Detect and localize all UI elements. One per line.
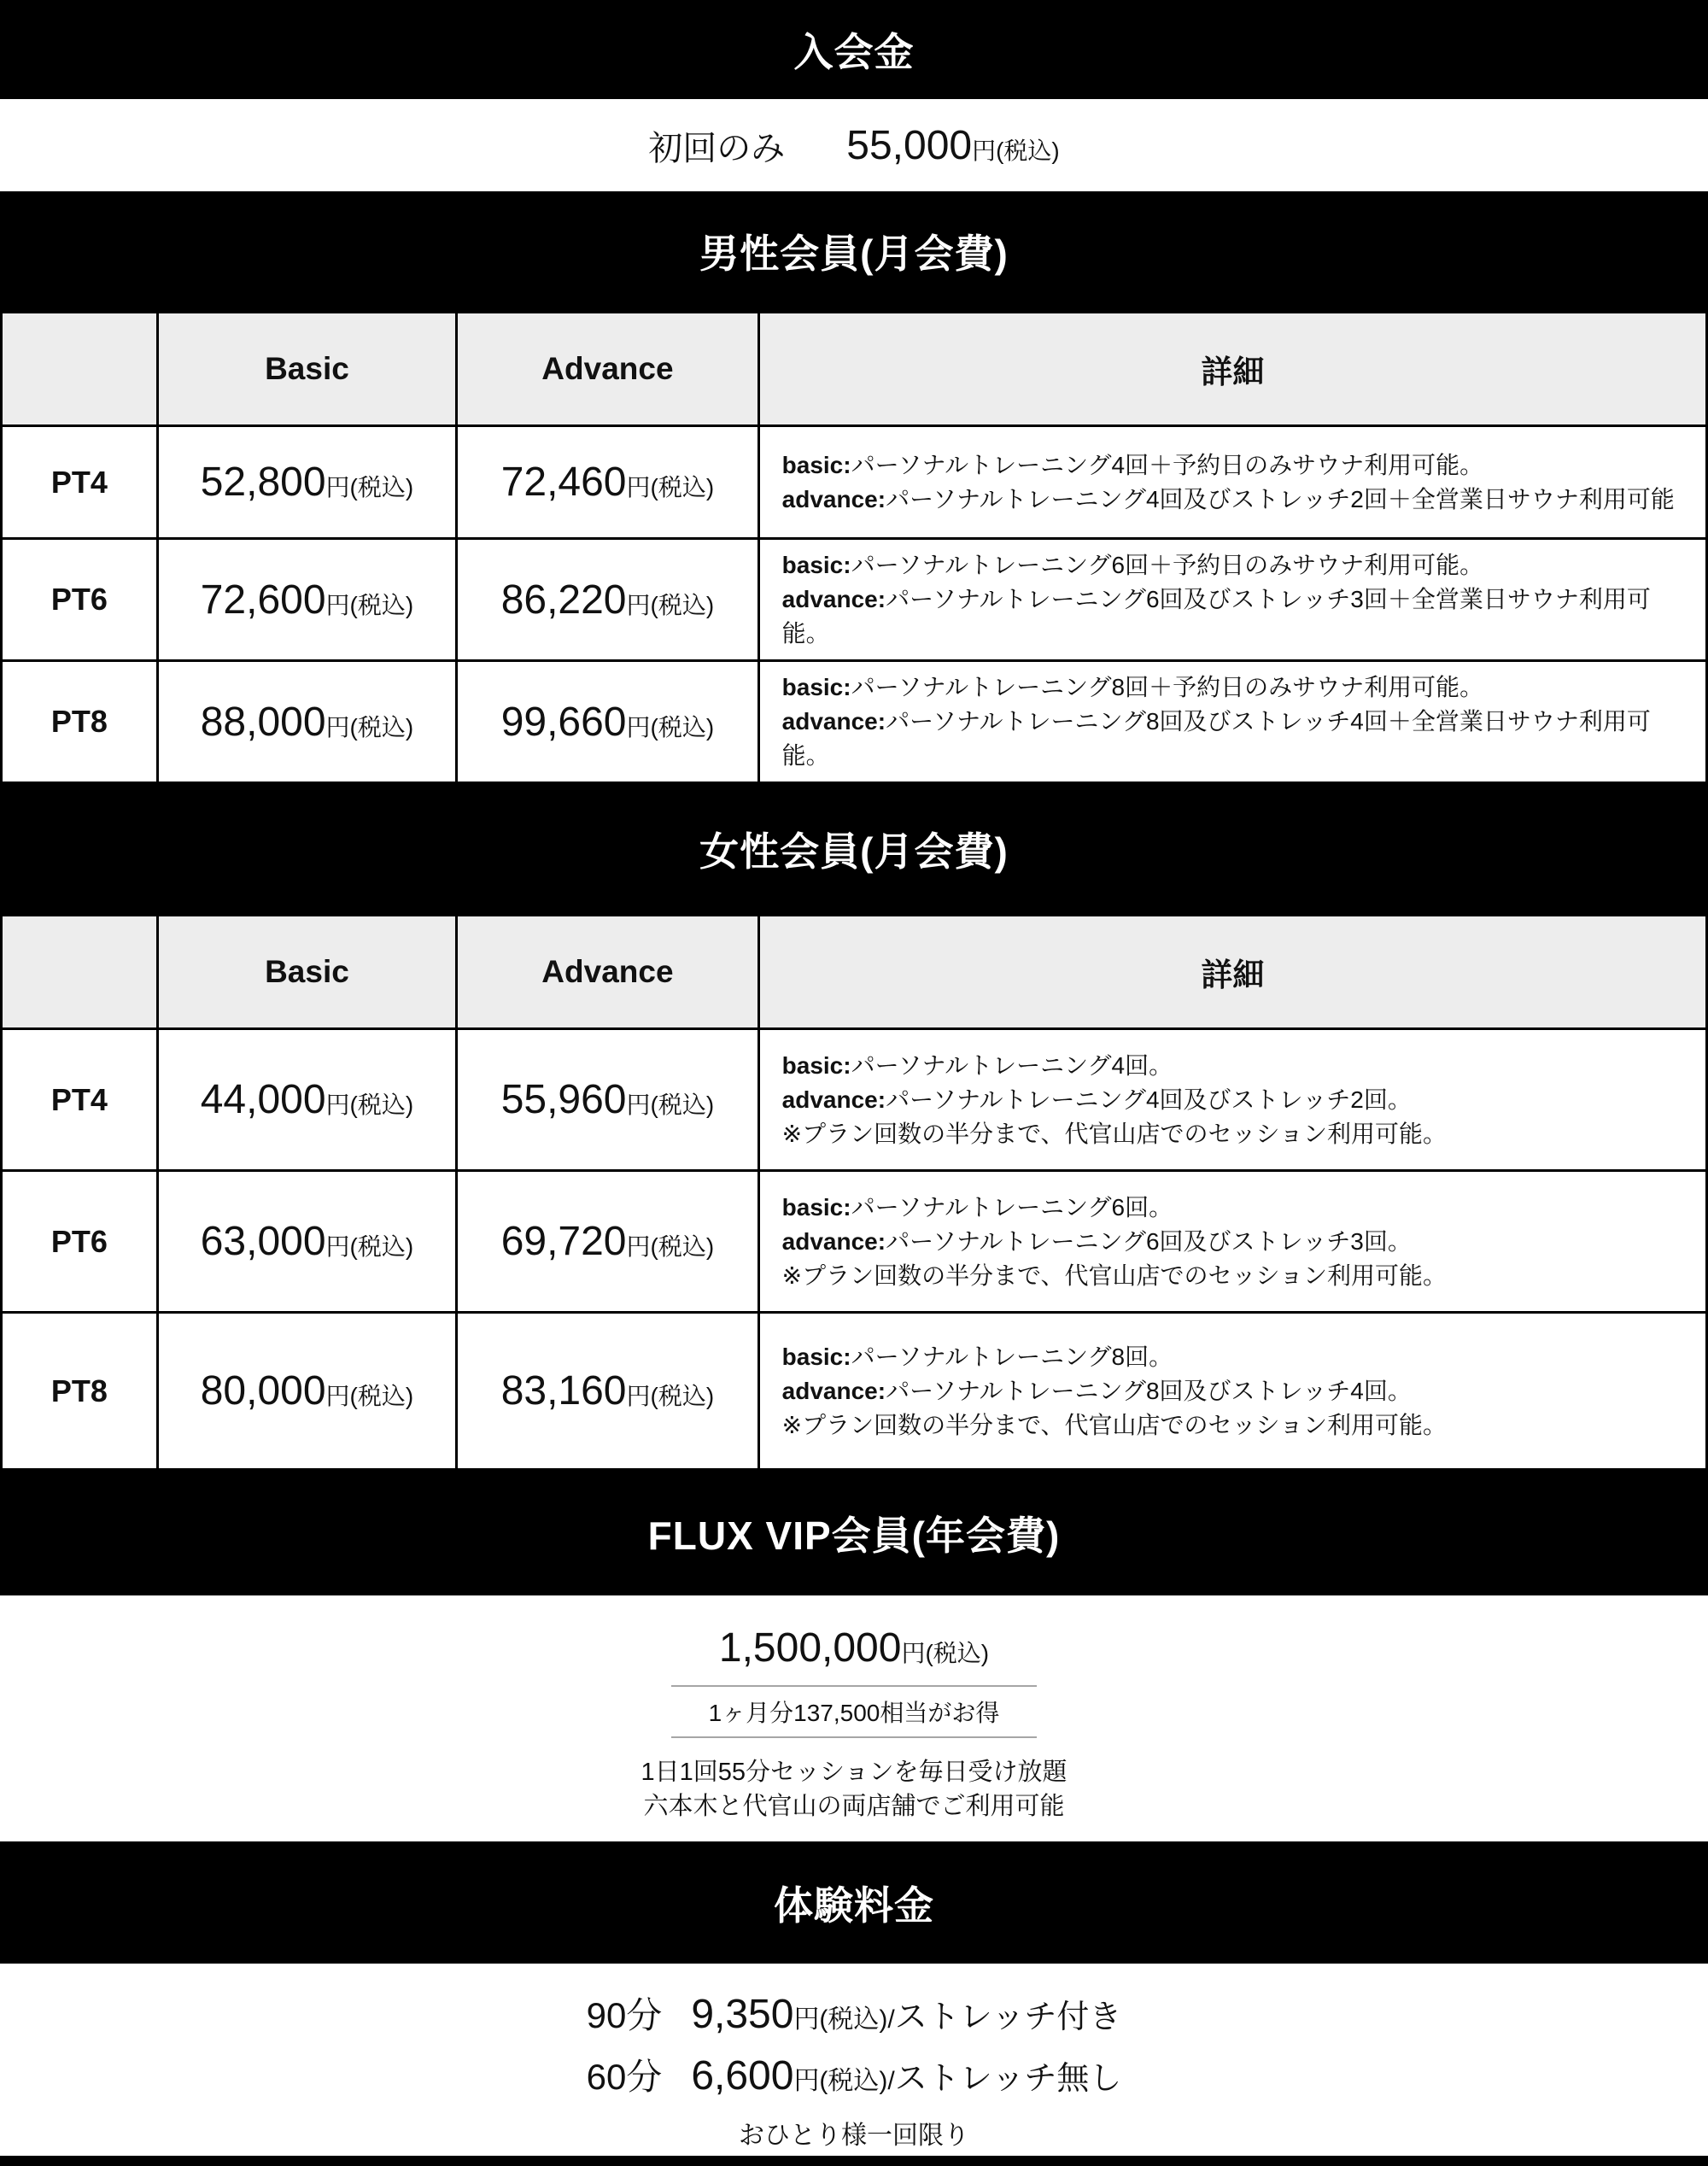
detail-line: advance:パーソナルトレーニング6回及びストレッチ3回。 [782,1225,1690,1259]
trial-duration: 90分 [587,1987,663,2039]
price-tax-suffix: 円(税込) [326,1092,414,1118]
detail-line: ※プラン回数の半分まで、代官山店でのセッション利用可能。 [782,1117,1690,1151]
detail-line: advance:パーソナルトレーニング6回及びストレッチ3回＋全営業日サウナ利用… [782,582,1690,651]
price-number: 72,600 [201,577,326,623]
female-pt4-advance-price: 55,960円(税込) [457,1029,758,1171]
detail-line: advance:パーソナルトレーニング4回及びストレッチ2回。 [782,1083,1690,1117]
female-pt4-basic-price: 44,000円(税込) [157,1029,456,1171]
female-table-header-row: Basic Advance 詳細 [2,916,1707,1029]
table-row: PT6 72,600円(税込) 86,220円(税込) basic:パーソナルト… [2,539,1707,661]
male-pt4-plan-label: PT4 [2,426,158,539]
male-header-detail: 詳細 [758,313,1706,426]
price-tax-suffix: 円(税込) [627,1092,715,1118]
male-pt6-details: basic:パーソナルトレーニング6回＋予約日のみサウナ利用可能。 advanc… [758,539,1706,661]
price-number: 44,000 [201,1077,326,1122]
table-row: PT8 80,000円(税込) 83,160円(税込) basic:パーソナルト… [2,1313,1707,1470]
admission-price: 55,000円(税込) [846,122,1059,169]
male-table-header-row: Basic Advance 詳細 [2,313,1707,426]
female-pt8-plan-label: PT8 [2,1313,158,1470]
admission-section-header: 入会金 [0,0,1708,99]
price-number: 69,720 [501,1219,627,1264]
price-tax-suffix: 円(税込) [326,1383,414,1409]
male-pt8-plan-label: PT8 [2,661,158,783]
male-header-advance: Advance [457,313,758,426]
price-tax-suffix: 円(税込) [326,592,414,618]
male-pt4-details: basic:パーソナルトレーニング4回＋予約日のみサウナ利用可能。 advanc… [758,426,1706,539]
detail-line: ※プラン回数の半分まで、代官山店でのセッション利用可能。 [782,1408,1690,1443]
female-pt8-basic-price: 80,000円(税込) [157,1313,456,1470]
detail-line: basic:パーソナルトレーニング6回＋予約日のみサウナ利用可能。 [782,548,1690,582]
price-tax-suffix: 円(税込) [326,714,414,741]
table-row: PT4 52,800円(税込) 72,460円(税込) basic:パーソナルト… [2,426,1707,539]
female-section-title: 女性会員(月会費) [699,821,1009,877]
female-header-advance: Advance [457,916,758,1029]
trial-note: おひとり様一回限り [0,2114,1708,2151]
price-tax-suffix: 円(税込) [627,592,715,618]
trial-price-label: ストレッチ無し [895,2052,1122,2099]
table-row: PT8 88,000円(税込) 99,660円(税込) basic:パーソナルト… [2,661,1707,783]
table-row: PT4 44,000円(税込) 55,960円(税込) basic:パーソナルト… [2,1029,1707,1171]
female-pt8-details: basic:パーソナルトレーニング8回。 advance:パーソナルトレーニング… [758,1313,1706,1470]
female-header-basic: Basic [157,916,456,1029]
price-number: 83,160 [501,1368,627,1414]
vip-benefit-line: 1日1回55分セッションを毎日受け放題 [0,1755,1708,1789]
trial-row-90min: 90分 9,350円(税込)/ストレッチ付き [0,1987,1708,2039]
trial-price-number: 9,350 [691,1991,793,2038]
vip-price: 1,500,000円(税込) [0,1624,1708,1671]
detail-line: basic:パーソナルトレーニング4回＋予約日のみサウナ利用可能。 [782,448,1690,483]
female-pt4-plan-label: PT4 [2,1029,158,1171]
male-pt4-advance-price: 72,460円(税込) [457,426,758,539]
price-tax-suffix: 円(税込) [326,474,414,501]
price-tax-suffix: 円(税込) [627,474,715,501]
male-pt6-basic-price: 72,600円(税込) [157,539,456,661]
price-number: 72,460 [501,460,627,505]
female-pt4-details: basic:パーソナルトレーニング4回。 advance:パーソナルトレーニング… [758,1029,1706,1171]
pricing-page: 入会金 初回のみ 55,000円(税込) 男性会員(月会費) Basic Adv… [0,0,1708,2166]
female-section-header: 女性会員(月会費) [0,784,1708,914]
price-number: 63,000 [201,1219,326,1264]
trial-price-number: 6,600 [691,2052,793,2099]
trial-price-tax-suffix: 円(税込)/ [793,1998,894,2035]
vip-section-title: FLUX VIP会員(年会費) [648,1505,1061,1561]
trial-price: 9,350円(税込)/ストレッチ付き [691,1990,1121,2038]
trial-price-tax-suffix: 円(税込)/ [793,2059,894,2097]
admission-fee-row: 初回のみ 55,000円(税込) [0,99,1708,191]
price-tax-suffix: 円(税込) [627,714,715,741]
male-pt4-basic-price: 52,800円(税込) [157,426,456,539]
price-number: 86,220 [501,577,627,623]
trial-price-label: ストレッチ付き [895,1990,1122,2037]
price-number: 99,660 [501,700,627,745]
female-pt6-plan-label: PT6 [2,1171,158,1313]
detail-line: ※プラン回数の半分まで、代官山店でのセッション利用可能。 [782,1259,1690,1293]
detail-line: advance:パーソナルトレーニング4回及びストレッチ2回＋全営業日サウナ利用… [782,483,1690,517]
male-pricing-table: Basic Advance 詳細 PT4 52,800円(税込) 72,460円… [0,311,1708,784]
price-number: 55,960 [501,1077,627,1122]
price-number: 80,000 [201,1368,326,1414]
male-header-empty-cell [2,313,158,426]
female-header-detail: 詳細 [758,916,1706,1029]
vip-discount-highlight: 1ヶ月分137,500相当がお得 [671,1685,1038,1738]
price-number: 52,800 [201,460,326,505]
male-header-basic: Basic [157,313,456,426]
trial-content: 90分 9,350円(税込)/ストレッチ付き 60分 6,600円(税込)/スト… [0,1964,1708,2156]
male-pt8-basic-price: 88,000円(税込) [157,661,456,783]
female-pt6-details: basic:パーソナルトレーニング6回。 advance:パーソナルトレーニング… [758,1171,1706,1313]
male-pt8-details: basic:パーソナルトレーニング8回＋予約日のみサウナ利用可能。 advanc… [758,661,1706,783]
male-section-header: 男性会員(月会費) [0,191,1708,311]
female-pricing-table: Basic Advance 詳細 PT4 44,000円(税込) 55,960円… [0,914,1708,1471]
table-row: PT6 63,000円(税込) 69,720円(税込) basic:パーソナルト… [2,1171,1707,1313]
detail-line: basic:パーソナルトレーニング8回＋予約日のみサウナ利用可能。 [782,670,1690,705]
vip-price-tax-suffix: 円(税込) [901,1640,989,1666]
trial-section-header: 体験料金 [0,1841,1708,1964]
detail-line: advance:パーソナルトレーニング8回及びストレッチ4回＋全営業日サウナ利用… [782,705,1690,773]
detail-line: advance:パーソナルトレーニング8回及びストレッチ4回。 [782,1374,1690,1408]
trial-section-title: 体験料金 [774,1875,934,1931]
male-section-title: 男性会員(月会費) [699,223,1009,279]
vip-price-number: 1,500,000 [719,1625,902,1671]
male-pt8-advance-price: 99,660円(税込) [457,661,758,783]
vip-benefits: 1日1回55分セッションを毎日受け放題 六本木と代官山の両店舗でご利用可能 [0,1755,1708,1824]
female-pt6-advance-price: 69,720円(税込) [457,1171,758,1313]
detail-line: basic:パーソナルトレーニング4回。 [782,1049,1690,1083]
price-tax-suffix: 円(税込) [326,1233,414,1260]
trial-row-60min: 60分 6,600円(税込)/ストレッチ無し [0,2049,1708,2100]
vip-content: 1,500,000円(税込) 1ヶ月分137,500相当がお得 1日1回55分セ… [0,1595,1708,1841]
admission-price-tax-suffix: 円(税込) [972,138,1060,164]
admission-label: 初回のみ [648,121,785,170]
female-pt8-advance-price: 83,160円(税込) [457,1313,758,1470]
price-number: 88,000 [201,700,326,745]
detail-line: basic:パーソナルトレーニング6回。 [782,1191,1690,1225]
vip-section-header: FLUX VIP会員(年会費) [0,1471,1708,1595]
admission-title: 入会金 [794,21,915,78]
trial-duration: 60分 [587,2049,663,2100]
male-pt6-advance-price: 86,220円(税込) [457,539,758,661]
detail-line: basic:パーソナルトレーニング8回。 [782,1340,1690,1374]
female-pt6-basic-price: 63,000円(税込) [157,1171,456,1313]
bottom-black-bar [0,2156,1708,2166]
trial-price: 6,600円(税込)/ストレッチ無し [691,2052,1121,2099]
price-tax-suffix: 円(税込) [627,1233,715,1260]
male-pt6-plan-label: PT6 [2,539,158,661]
admission-price-number: 55,000 [846,123,972,168]
female-header-empty-cell [2,916,158,1029]
vip-benefit-line: 六本木と代官山の両店舗でご利用可能 [0,1789,1708,1824]
price-tax-suffix: 円(税込) [627,1383,715,1409]
